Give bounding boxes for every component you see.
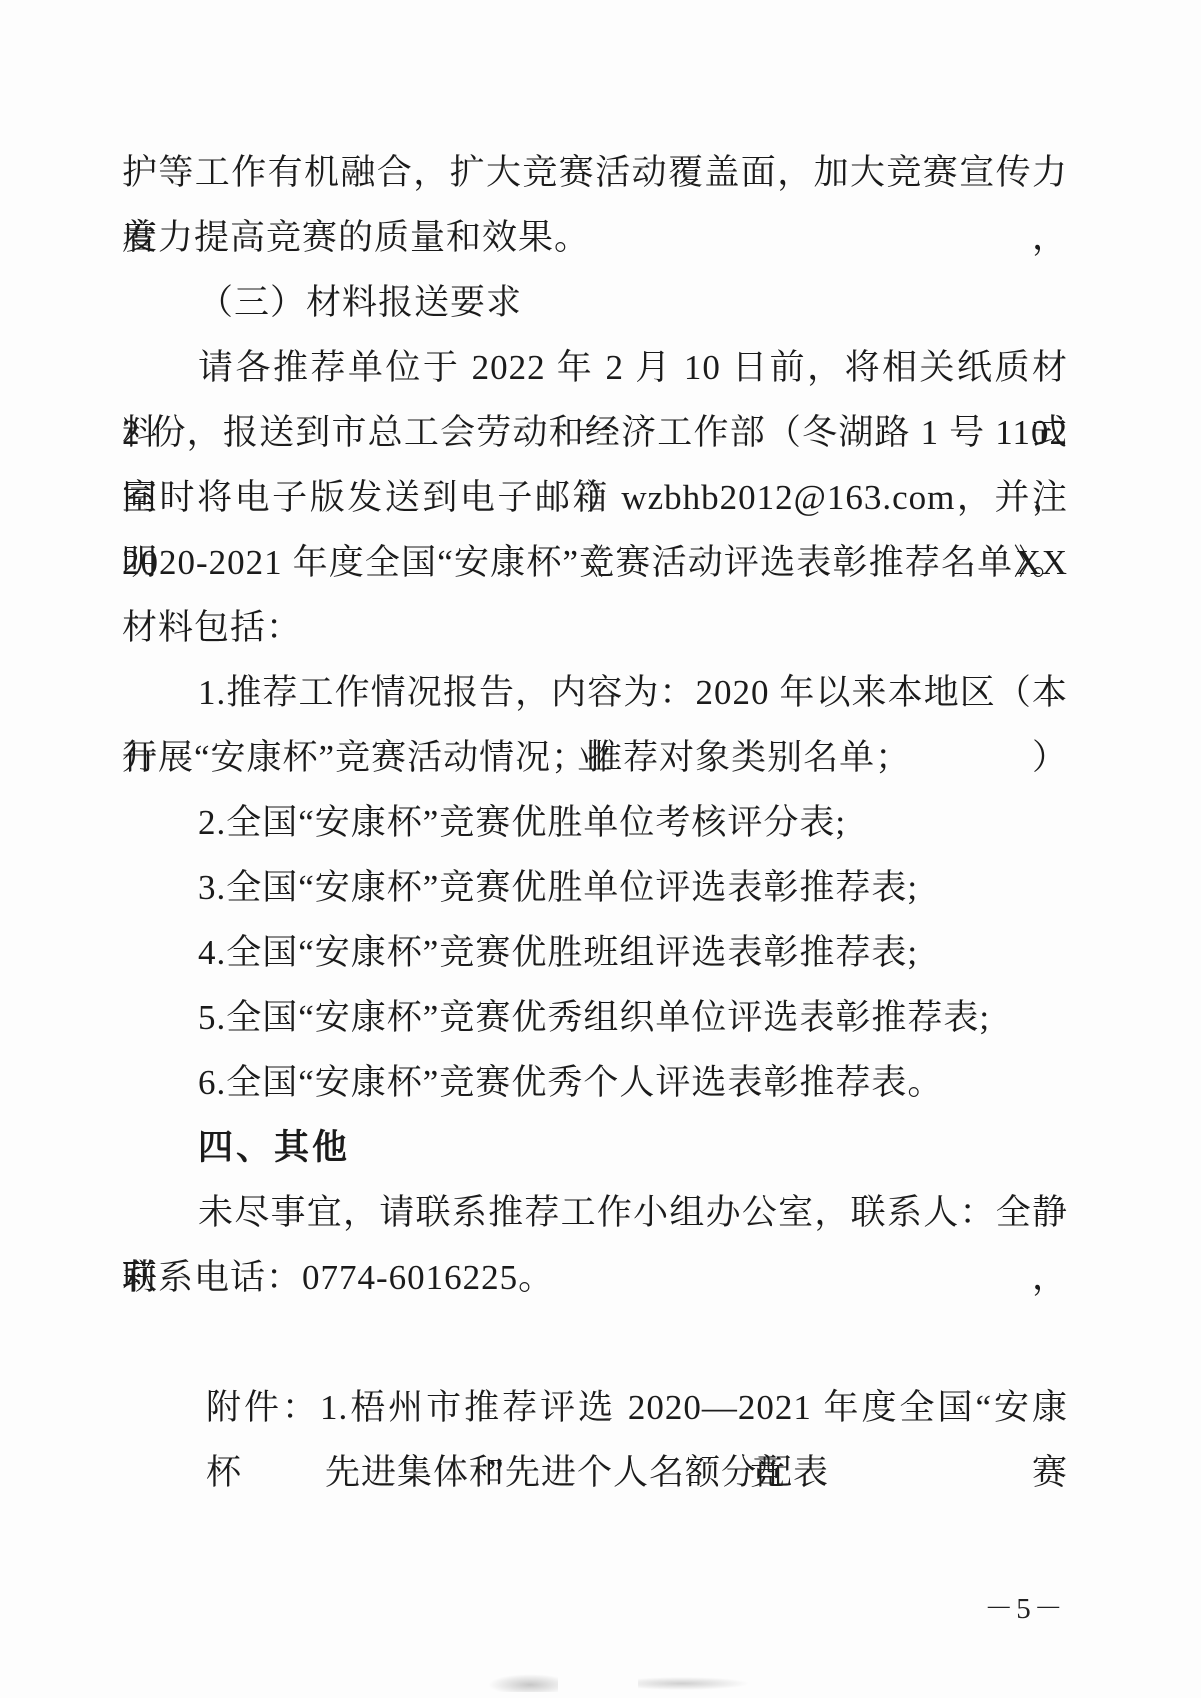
list-item-3: 3.全国“安康杯”竞赛优胜单位评选表彰推荐表;	[122, 855, 1068, 920]
body-line-04: 请各推荐单位于 2022 年 2 月 10 日前，将相关纸质材料一式	[122, 335, 1068, 400]
list-item-4: 4.全国“安康杯”竞赛优胜班组评选表彰推荐表;	[122, 920, 1068, 985]
list-item-1-line-1: 1.推荐工作情况报告，内容为：2020 年以来本地区（本行业）	[122, 660, 1068, 725]
body-line-08: 材料包括：	[122, 595, 1068, 660]
scan-smudge-right	[638, 1677, 748, 1690]
blank-line	[122, 1310, 1068, 1375]
subsection-heading-materials: （三）材料报送要求	[122, 270, 1068, 335]
body-line-05: 2 份，报送到市总工会劳动和经济工作部（冬湖路 1 号 1102 室），	[122, 400, 1068, 465]
page-number: －5－	[975, 1586, 1075, 1627]
list-item-2: 2.全国“安康杯”竞赛优胜单位考核评分表;	[122, 790, 1068, 855]
body-line-07: 2020-2021 年度全国“安康杯”竞赛活动评选表彰推荐名单》。	[122, 530, 1068, 595]
section-heading-other: 四、其他	[122, 1115, 1068, 1180]
list-item-6: 6.全国“安康杯”竞赛优秀个人评选表彰推荐表。	[122, 1050, 1068, 1115]
document-page: { "colors": { "text": "#1b1b1b", "backgr…	[0, 0, 1201, 1698]
body-line-06: 同时将电子版发送到电子邮箱 wzbhb2012@163.com，并注明《XX	[122, 465, 1068, 530]
list-item-5: 5.全国“安康杯”竞赛优秀组织单位评选表彰推荐表;	[122, 985, 1068, 1050]
scan-smudge-left	[488, 1674, 558, 1692]
attachment-line-1: 附件：1.梧州市推荐评选 2020—2021 年度全国“安康杯”竞赛	[122, 1375, 1068, 1440]
body-text-block: 护等工作有机融合，扩大竞赛活动覆盖面，加大竞赛宣传力度， 着力提高竞赛的质量和效…	[122, 140, 1068, 1505]
body-line-17: 未尽事宜，请联系推荐工作小组办公室，联系人：全静莉，	[122, 1180, 1068, 1245]
body-line-01: 护等工作有机融合，扩大竞赛活动覆盖面，加大竞赛宣传力度，	[122, 140, 1068, 205]
